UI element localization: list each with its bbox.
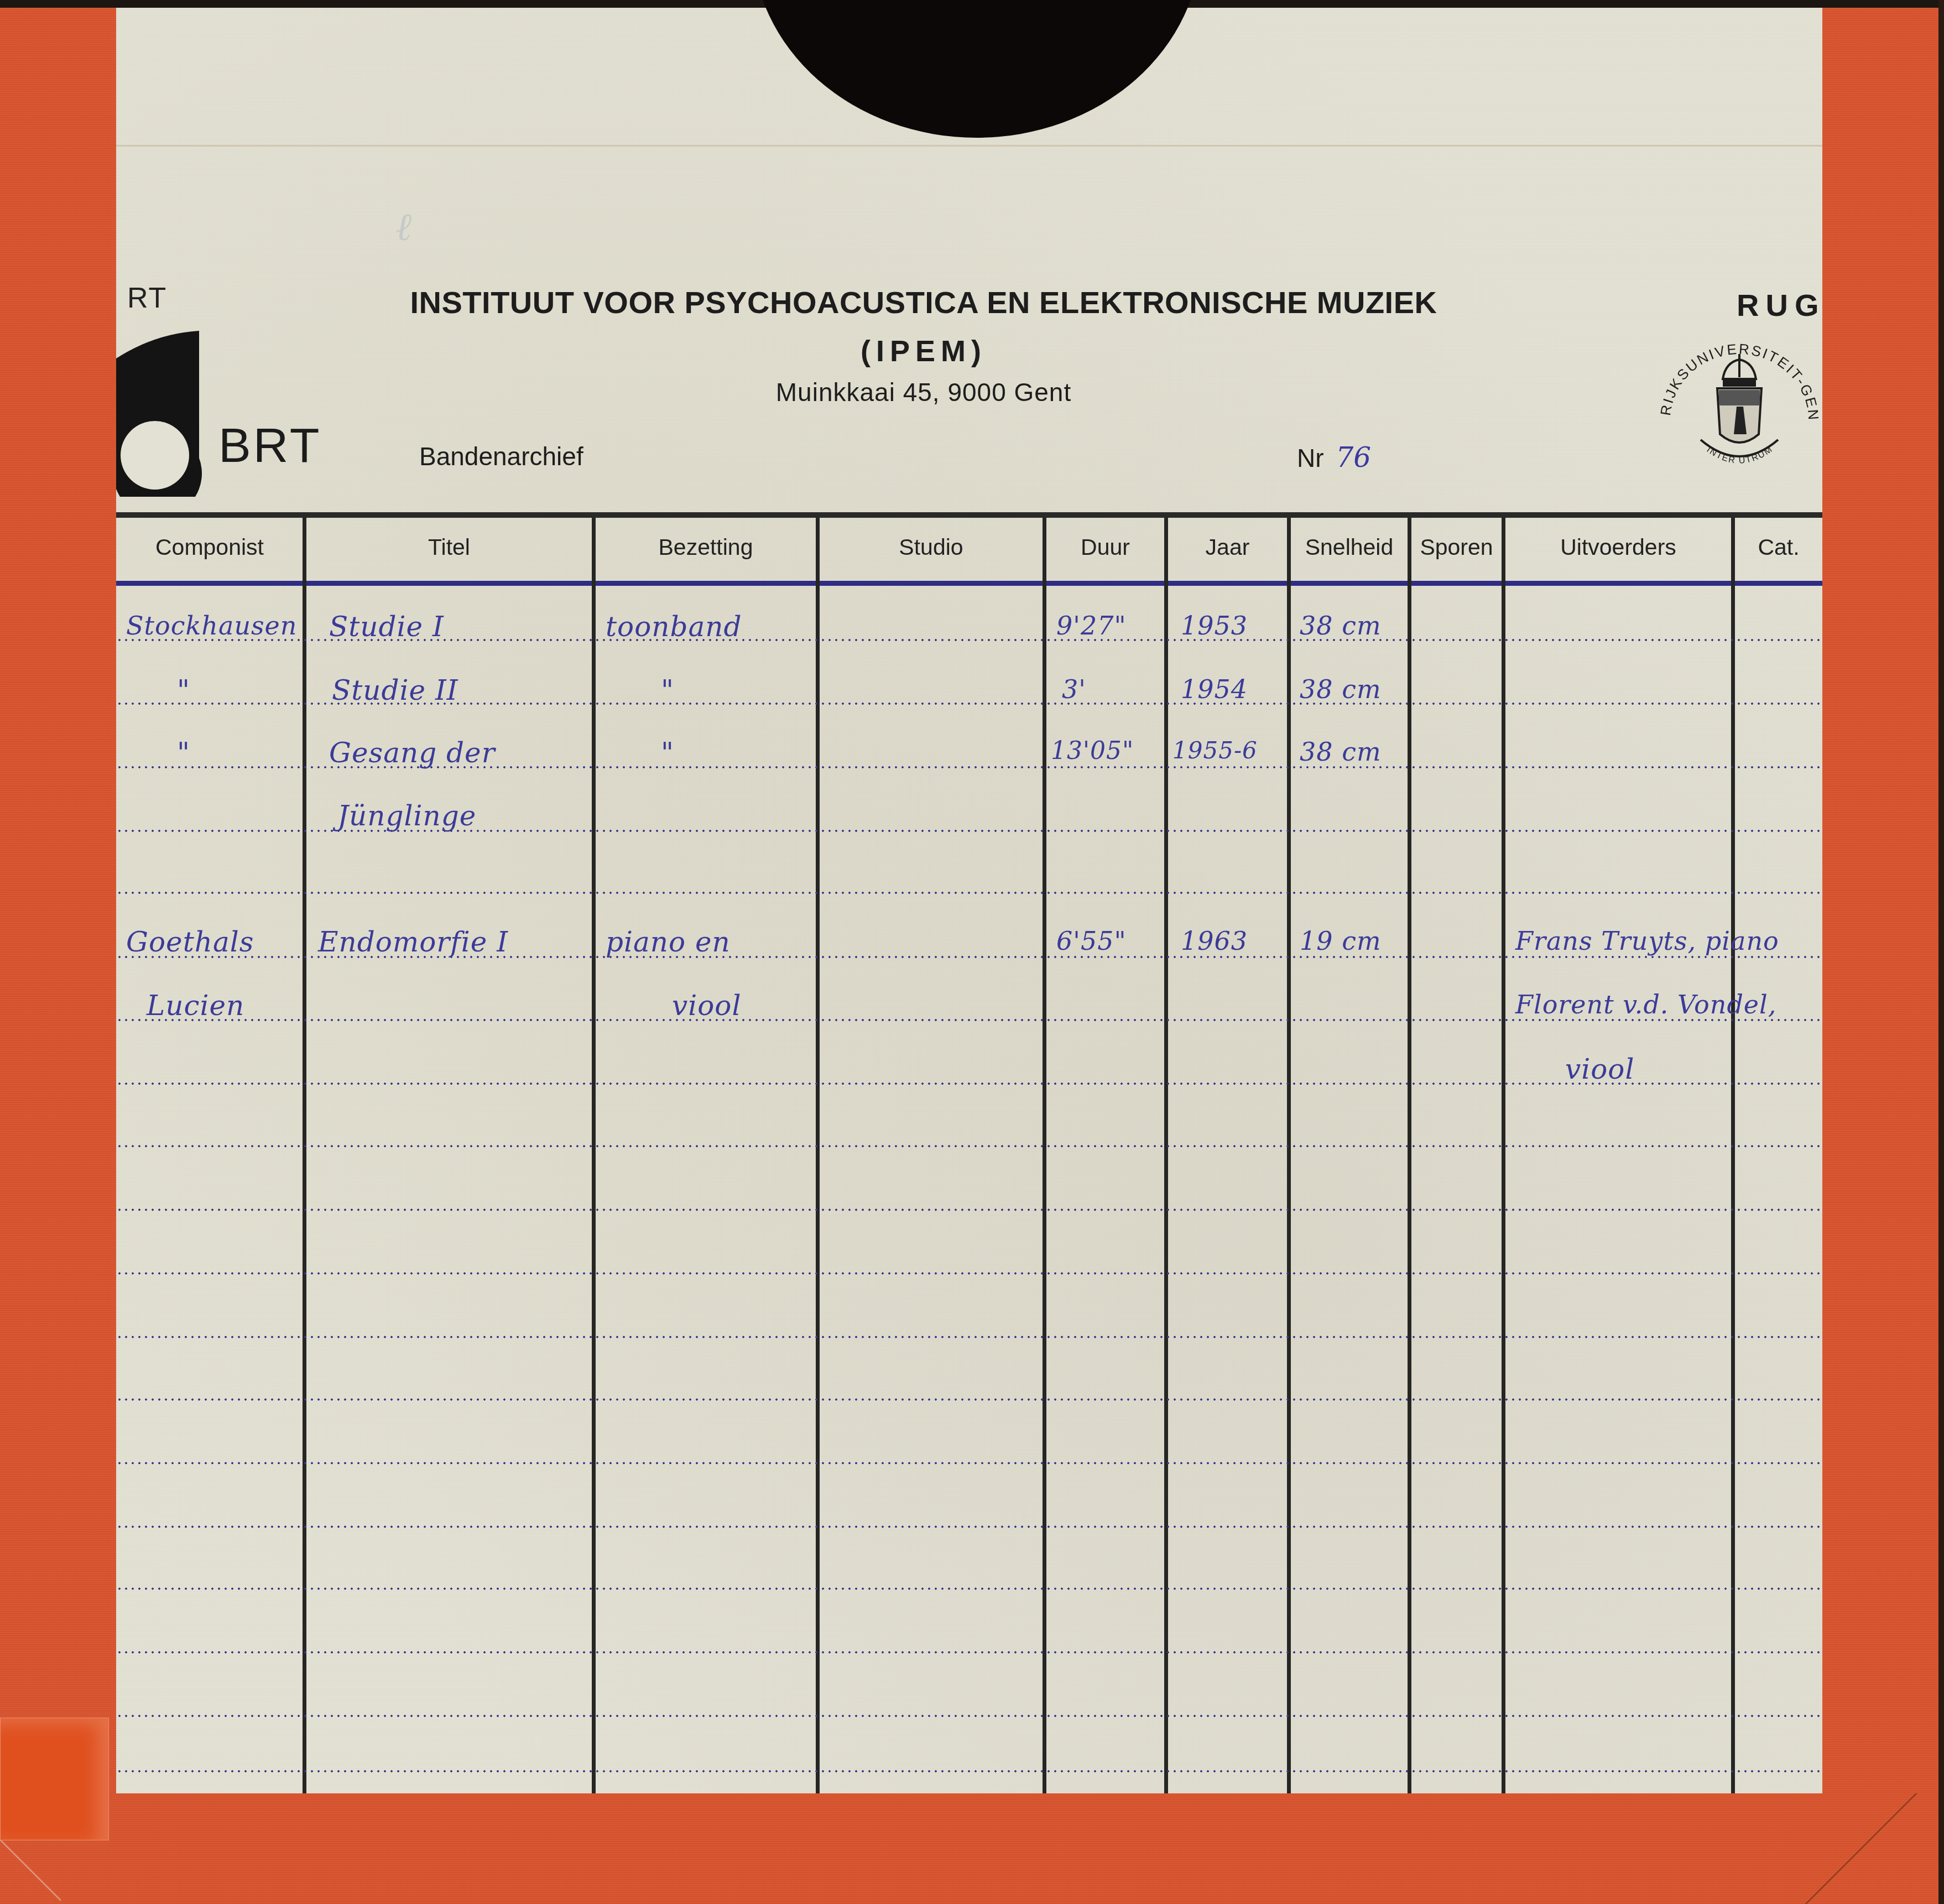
cell-jaar: 1955-6 [1172, 737, 1258, 764]
partial-brand-text: RT [127, 282, 167, 315]
column-divider [1287, 518, 1291, 1793]
column-divider [1502, 518, 1505, 1793]
cell-componist: Lucien [147, 990, 244, 1022]
cell-titel: Gesang der [329, 737, 496, 769]
cell-duur: 13'05" [1051, 737, 1134, 765]
corner-fold-seam [1778, 1793, 1944, 1904]
archive-label: Bandenarchief [419, 441, 583, 471]
ruled-line [116, 1462, 1822, 1464]
cell-jaar: 1954 [1181, 674, 1248, 704]
ruled-line [116, 1770, 1822, 1772]
ruled-line [116, 1588, 1822, 1590]
cell-uitvoerders: Florent v.d. Vondel, [1515, 990, 1776, 1019]
cell-snelheid: 38 cm [1300, 611, 1382, 641]
cell-jaar: 1953 [1181, 611, 1248, 641]
cell-duur: 9'27" [1056, 611, 1127, 641]
cell-titel: Endomorfie I [318, 926, 508, 958]
cell-titel: Jünglinge [337, 800, 476, 832]
corner-fold-seam [0, 1837, 61, 1904]
column-header-duur: Duur [1046, 534, 1164, 560]
number-value: 76 [1336, 441, 1372, 474]
institute-title: INSTITUUT VOOR PSYCHOACUSTICA EN ELEKTRO… [282, 284, 1565, 320]
ruled-line [116, 1336, 1822, 1338]
ruled-line [116, 1651, 1822, 1653]
column-header-componist: Componist [121, 534, 299, 560]
cell-componist: Stockhausen [126, 611, 297, 641]
archive-label-sheet: ℓ RT BRT INSTITUUT VOOR PSYCHOACUSTICA E… [116, 8, 1822, 1793]
cell-titel: Studie II [332, 674, 458, 706]
cell-snelheid: 38 cm [1300, 737, 1382, 767]
fold-line [116, 145, 1822, 147]
column-header-snelheid: Snelheid [1291, 534, 1408, 560]
cell-bezetting: viool [672, 990, 741, 1022]
ruled-line [116, 1398, 1822, 1401]
ruled-line [116, 1272, 1822, 1274]
cell-titel: Studie I [329, 611, 444, 643]
box-right-edge [1938, 0, 1944, 1904]
thumb-cutout [752, 0, 1201, 138]
column-divider [592, 518, 596, 1793]
cell-bezetting: " [661, 737, 674, 769]
column-header-jaar: Jaar [1168, 534, 1287, 560]
ruled-line [116, 1145, 1822, 1147]
ruled-line [116, 1526, 1822, 1528]
cell-jaar: 1963 [1181, 926, 1248, 956]
cell-componist: " [177, 674, 190, 706]
number-label: Nr [1297, 444, 1324, 472]
table-top-rule [116, 512, 1822, 518]
column-header-bezetting: Bezetting [596, 534, 816, 560]
column-divider [816, 518, 820, 1793]
institute-address: Muinkkaai 45, 9000 Gent [282, 377, 1565, 407]
cell-snelheid: 19 cm [1300, 926, 1382, 956]
institute-abbrev: (IPEM) [282, 334, 1565, 368]
column-header-cat: Cat. [1735, 534, 1822, 560]
ruled-line [116, 892, 1822, 894]
column-header-titel: Titel [306, 534, 592, 560]
cell-componist: " [177, 737, 190, 769]
ruled-line [116, 1715, 1822, 1717]
column-divider [1043, 518, 1046, 1793]
cell-bezetting: piano en [606, 926, 731, 958]
cell-duur: 6'55" [1056, 926, 1127, 956]
cell-componist: Goethals [126, 926, 254, 958]
column-divider [1164, 518, 1168, 1793]
ruled-line [116, 1209, 1822, 1211]
column-header-sporen: Sporen [1411, 534, 1502, 560]
cell-uitvoerders: Frans Truyts, piano [1515, 926, 1779, 956]
header-rule [116, 581, 1822, 586]
column-header-uitvoerders: Uitvoerders [1505, 534, 1731, 560]
university-seal-icon: RIJKSUNIVERSITEIT-GENT INTER UTRUMQUE [1654, 337, 1825, 487]
cell-duur: 3' [1062, 674, 1086, 704]
cell-bezetting: " [661, 674, 674, 706]
brand-text: BRT [218, 417, 321, 474]
university-abbrev: RUG [1737, 287, 1825, 323]
adhesive-tape-patch [0, 1718, 109, 1840]
cell-snelheid: 38 cm [1300, 674, 1382, 704]
column-header-studio: Studio [820, 534, 1043, 560]
column-divider [1731, 518, 1735, 1793]
brt-logo-icon [116, 331, 205, 497]
cell-uitvoerders: viool [1565, 1053, 1634, 1085]
column-divider [303, 518, 306, 1793]
cell-bezetting: toonband [606, 611, 742, 643]
archive-number: Nr76 [1297, 441, 1371, 474]
faint-pencil-mark: ℓ [395, 204, 411, 250]
column-divider [1408, 518, 1411, 1793]
